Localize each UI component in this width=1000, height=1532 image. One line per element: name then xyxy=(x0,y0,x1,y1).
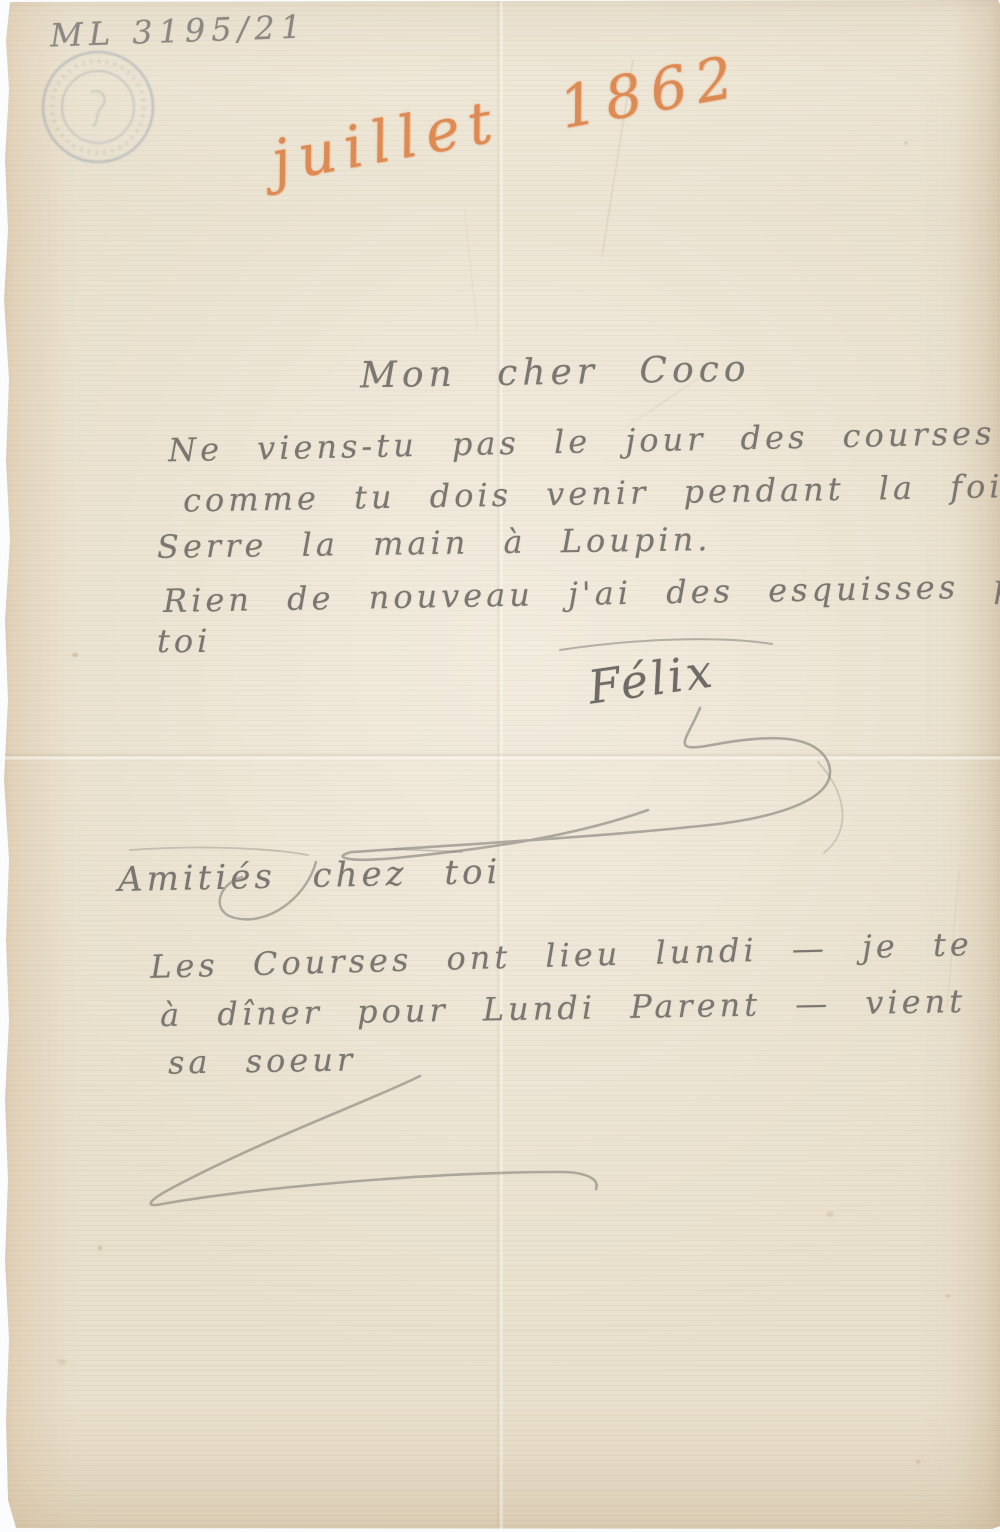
letter-line: toi xyxy=(157,622,211,660)
postscript-line: sa soeur xyxy=(168,1040,357,1081)
closing-line: Amitiés chez toi xyxy=(118,852,502,900)
letter-scan-page: ML 3195/21 juillet 1862 Mon cher Coco Ne… xyxy=(0,0,1000,1532)
letter-paper-sheet: ML 3195/21 juillet 1862 Mon cher Coco Ne… xyxy=(0,0,1000,1532)
foxing-spots xyxy=(0,0,1000,1532)
letter-line: Serre la main à Loupin. xyxy=(157,520,712,566)
salutation: Mon cher Coco xyxy=(360,349,751,397)
